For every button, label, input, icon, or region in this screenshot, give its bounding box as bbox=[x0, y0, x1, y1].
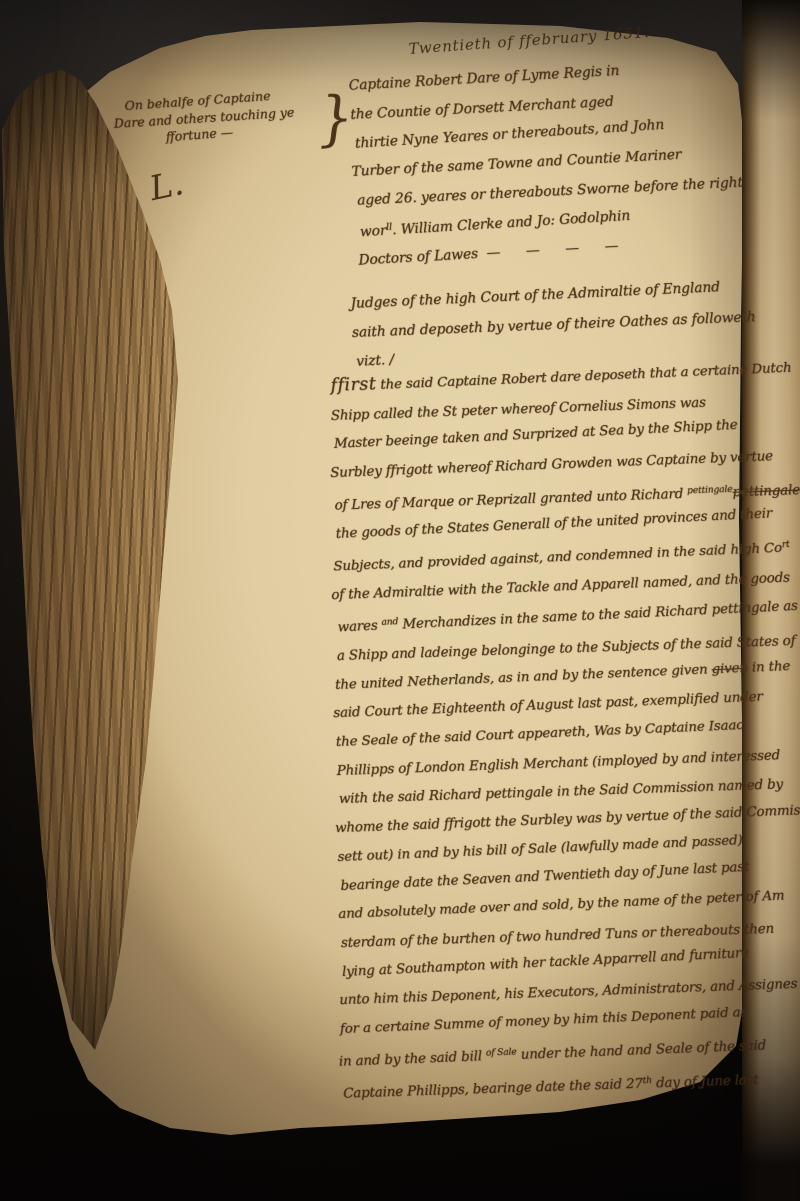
manuscript-text-segment: vizt. / bbox=[356, 352, 395, 370]
manuscript-text-segment: under the hand and Seale of the said bbox=[516, 1038, 766, 1063]
manuscript-text-segment: day of June last bbox=[652, 1073, 759, 1092]
manuscript-text-segment: wares bbox=[337, 618, 382, 635]
manuscript-text-segment: ffirst bbox=[330, 374, 377, 396]
manuscript-text-segment: of Sale bbox=[485, 1047, 516, 1058]
manuscript-text-segment: Captaine Phillipps, bearinge date the sa… bbox=[343, 1077, 643, 1102]
manuscript-text-segment: ffortune — bbox=[165, 124, 233, 144]
manuscript-text-segment: th bbox=[642, 1076, 652, 1086]
manuscript-text-segment: wor bbox=[359, 223, 386, 241]
manuscript-text-segment: in the bbox=[747, 659, 790, 676]
manuscript-text-segment: rt bbox=[782, 540, 790, 550]
manuscript-text-segment: pettingale bbox=[732, 483, 800, 500]
deposition-paragraph: ffirst the said Captaine Robert dare dep… bbox=[330, 353, 800, 1109]
manuscript-text-segment: given bbox=[711, 660, 748, 677]
manuscript-text-segment: pettingale bbox=[687, 485, 733, 496]
deponents-paragraph: Captaine Robert Dare of Lyme Regis inthe… bbox=[348, 48, 789, 276]
manuscript-photo: Twentieth of ffebruary 1651. On behalfe … bbox=[0, 0, 800, 1201]
manuscript-text-segment: and bbox=[381, 617, 398, 628]
manuscript-text-segment: in and by the said bill bbox=[338, 1049, 486, 1070]
